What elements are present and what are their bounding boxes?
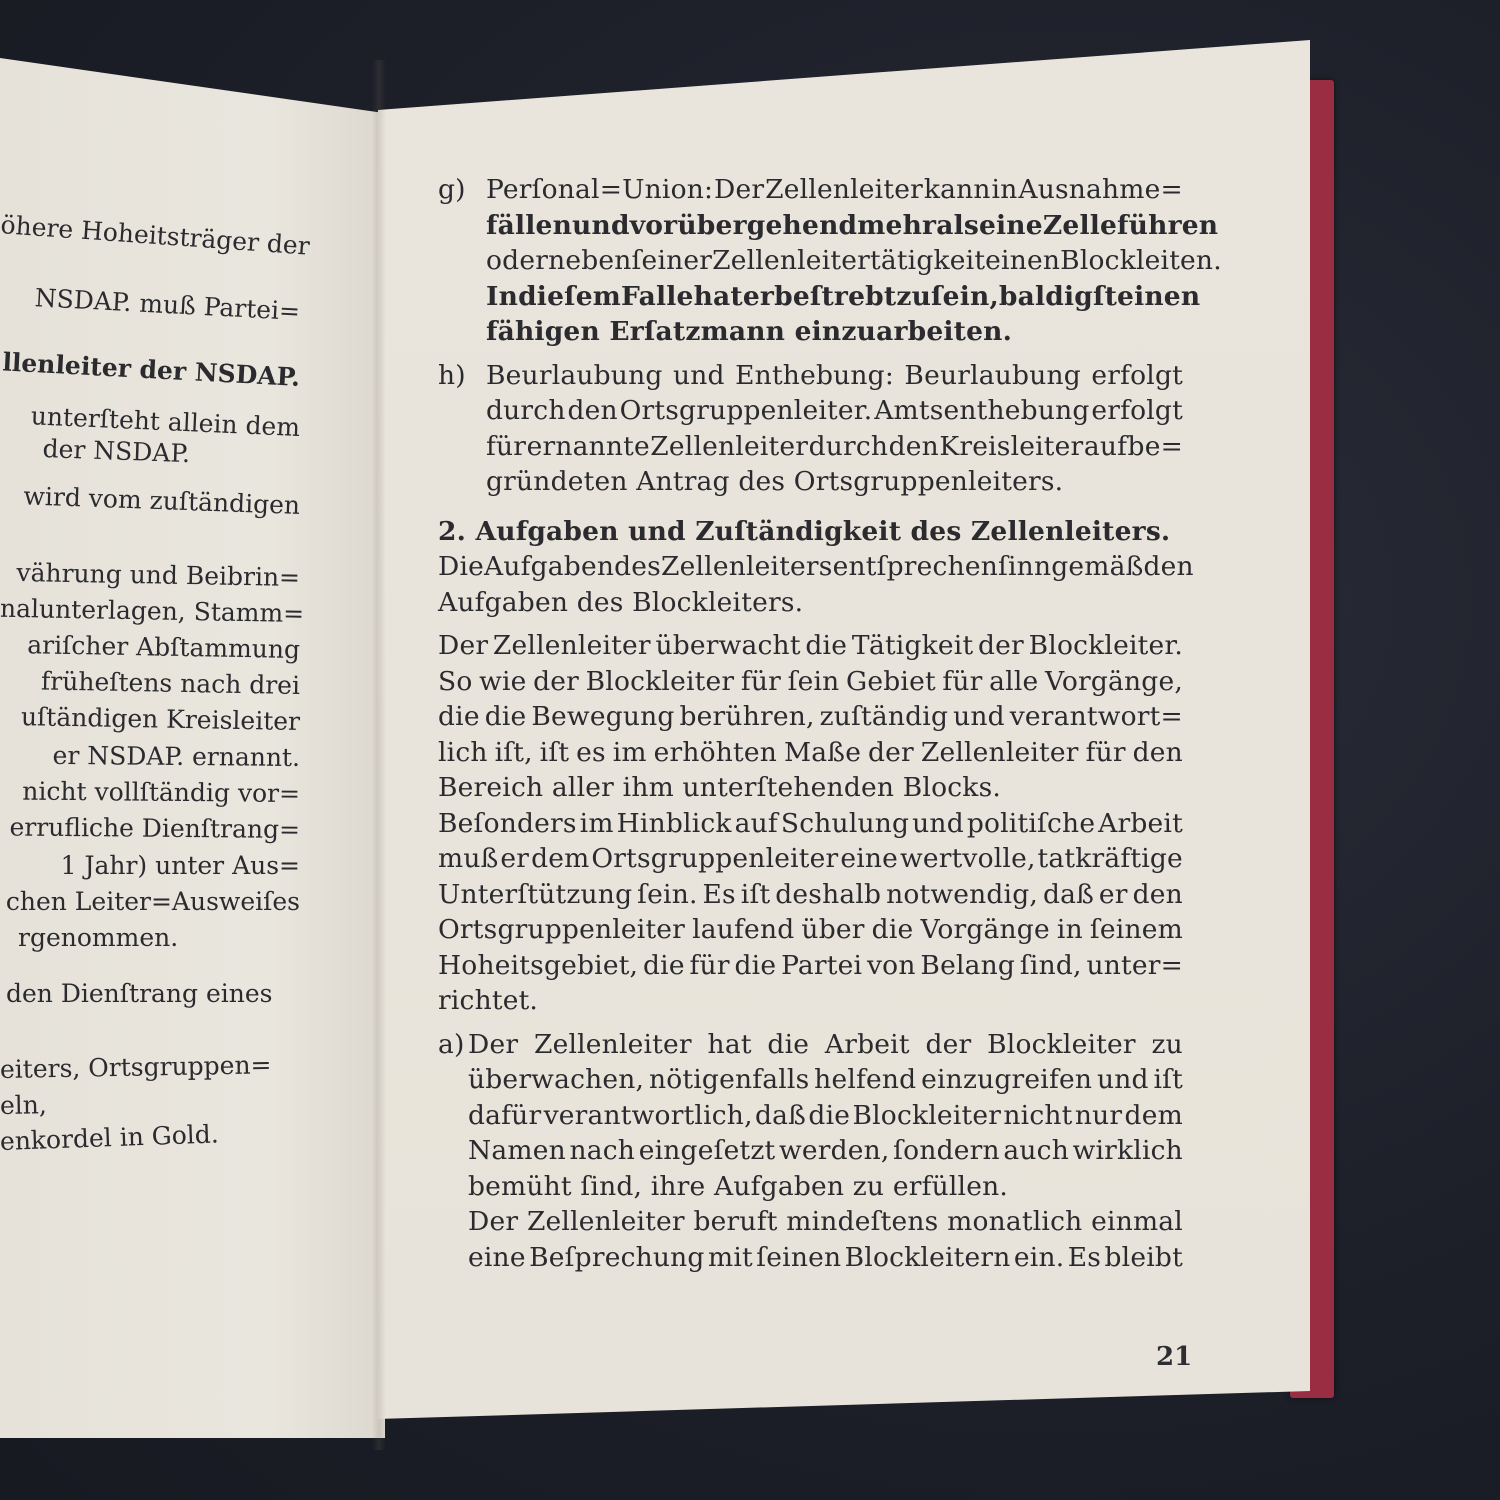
item-marker: g) xyxy=(438,172,466,208)
text-line: überwachen,nötigenfallshelfendeinzugreif… xyxy=(468,1062,1183,1098)
text-line: Unterſtützungſein.Esiſtdeshalbnotwendig,… xyxy=(438,877,1183,913)
open-booklet: öhere Hoheitsträger der NSDAP. muß Parte… xyxy=(0,0,1500,1500)
text-line: BeſondersimHinblickaufSchulungundpolitiſ… xyxy=(438,806,1183,842)
text-line: wird vom zuſtändigen xyxy=(0,478,301,524)
page-number: 21 xyxy=(1156,1342,1192,1372)
text-line: IndieſemFallehaterbeſtrebtzuſein,baldigſ… xyxy=(486,279,1183,315)
text-line: früheſtens nach drei xyxy=(0,663,300,704)
book-gutter xyxy=(372,60,386,1450)
left-heading: llenleiter der NSDAP. xyxy=(0,344,301,396)
text-line: rgenommen. xyxy=(0,920,300,956)
text-line: chen Leiter=Ausweiſes xyxy=(0,884,300,920)
text-line: BeurlaubungundEnthebung:Beurlaubungerfol… xyxy=(486,358,1183,394)
right-page-text: g) Perſonal=Union:DerZellenleiterkanninA… xyxy=(438,172,1183,1275)
text-line: mußerdemOrtsgruppenleitereinewertvolle,t… xyxy=(438,841,1183,877)
text-line: NSDAP. muß Partei= xyxy=(0,278,301,330)
text-line: fürernannteZellenleiterdurchdenKreisleit… xyxy=(486,429,1183,465)
text-line: den Dienſtrang eines xyxy=(0,976,300,1012)
text-line: Bereich aller ihm unterſtehenden Blocks. xyxy=(438,770,1183,806)
text-line: SowiederBlockleiterfürſeinGebietfüralleV… xyxy=(438,664,1183,700)
text-line: richtet. xyxy=(438,983,1183,1019)
text-line: 1 Jahr) unter Aus= xyxy=(0,848,300,884)
paragraph-2: DerZellenleiterüberwachtdieTätigkeitderB… xyxy=(438,628,1183,806)
text-line: DieAufgabendesZellenleitersentſprechenſi… xyxy=(438,549,1183,585)
text-line: eiters, Ortsgruppen= xyxy=(0,1047,300,1088)
text-line: uſtändigen Kreisleiter xyxy=(0,699,300,740)
text-line: DerZellenleiterüberwachtdieTätigkeitderB… xyxy=(438,628,1183,664)
text-line: lichiſt,iſtesimerhöhtenMaßederZellenleit… xyxy=(438,735,1183,771)
text-line: nalunterlagen, Stamm= xyxy=(0,591,300,632)
text-line: öhere Hoheitsträger der xyxy=(0,207,301,264)
text-line: gründeten Antrag des Ortsgruppenleiters. xyxy=(486,464,1183,500)
left-page-text: öhere Hoheitsträger der NSDAP. muß Parte… xyxy=(0,210,300,1160)
section-heading: 2. Aufgaben und Zuſtändigkeit des Zellen… xyxy=(438,514,1183,550)
item-h-beurlaubung: h) BeurlaubungundEnthebung:Beurlaubunger… xyxy=(438,358,1183,500)
item-marker: h) xyxy=(438,358,466,394)
text-line: vährung und Beibrin= xyxy=(0,555,300,596)
item-marker: a) xyxy=(438,1027,465,1063)
text-line: fällenundvorübergehendmehralseineZellefü… xyxy=(486,208,1183,244)
text-line: Namennacheingeſetztwerden,ſondernauchwir… xyxy=(468,1133,1183,1169)
text-line: DerZellenleiterhatdieArbeitderBlockleite… xyxy=(468,1027,1183,1063)
text-line: OrtsgruppenleiterlaufendüberdieVorgängei… xyxy=(438,912,1183,948)
text-line: eineBeſprechungmitſeinenBlockleiternein.… xyxy=(468,1240,1183,1276)
text-line: Aufgaben des Blockleiters. xyxy=(438,585,1183,621)
text-line: diedieBewegungberühren,zuſtändigundveran… xyxy=(438,699,1183,735)
paragraph-1: DieAufgabendesZellenleitersentſprechenſi… xyxy=(438,549,1183,620)
paragraph-3: BeſondersimHinblickaufSchulungundpolitiſ… xyxy=(438,806,1183,1019)
text-line: er NSDAP. ernannt. xyxy=(0,737,300,776)
text-line: dafürverantwortlich,daßdieBlockleiternic… xyxy=(468,1098,1183,1134)
text-line: bemüht ſind, ihre Aufgaben zu erfüllen. xyxy=(468,1169,1183,1205)
item-g-personal-union: g) Perſonal=Union:DerZellenleiterkanninA… xyxy=(438,172,1183,350)
text-line: durchdenOrtsgruppenleiter.Amtsenthebunge… xyxy=(486,393,1183,429)
item-a-arbeit: a) DerZellenleiterhatdieArbeitderBlockle… xyxy=(438,1027,1183,1276)
text-line: errufliche Dienſtrang= xyxy=(0,809,300,848)
text-line: DerZellenleiterberuftmindeſtensmonatlich… xyxy=(468,1204,1183,1240)
text-line: Hoheitsgebiet,diefürdieParteivonBelangſi… xyxy=(438,948,1183,984)
text-line: fähigen Erſatzmann einzuarbeiten. xyxy=(486,314,1183,350)
text-line: odernebenſeinerZellenleitertätigkeiteine… xyxy=(486,243,1183,279)
text-line: nicht vollſtändig vor= xyxy=(0,773,300,812)
text-line: ariſcher Abſtammung xyxy=(0,627,300,668)
text-line: Perſonal=Union:DerZellenleiterkanninAusn… xyxy=(486,172,1183,208)
